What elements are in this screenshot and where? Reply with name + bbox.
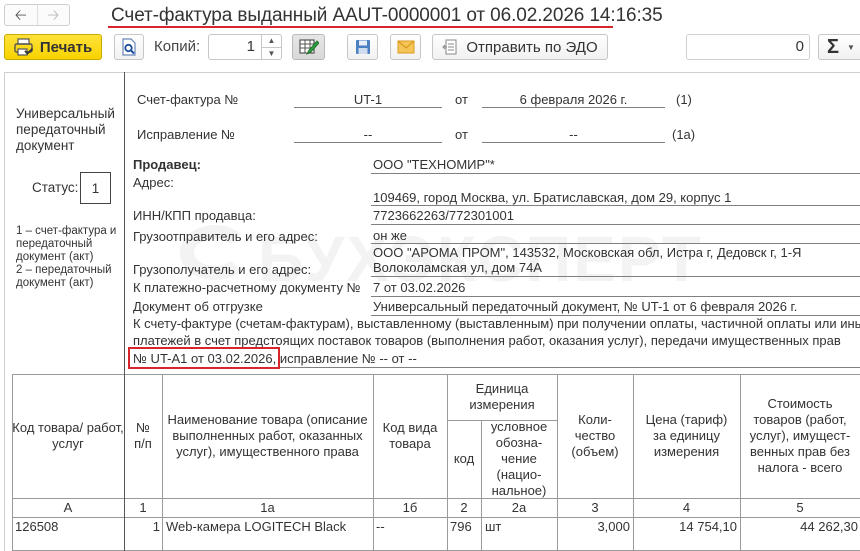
status-legend-2: 2 – передаточный документ (акт) xyxy=(16,264,124,290)
payment-doc-label: К платежно-расчетному документу № xyxy=(133,280,361,295)
cell-cost: 44 262,30 xyxy=(740,519,858,534)
window-title: Счет-фактура выданный AAUT-0000001 от 06… xyxy=(111,5,663,27)
copies-label: Копий: xyxy=(154,38,200,56)
invoice-ref: (1) xyxy=(676,92,692,107)
correction-number-label: Исправление № xyxy=(137,127,235,142)
navigation-buttons: 🡠 🡢 xyxy=(4,4,70,26)
forward-button[interactable]: 🡢 xyxy=(38,5,70,25)
col-header-price: Цена (тариф) за единицу измерения xyxy=(633,374,740,498)
correction-number: -- xyxy=(294,127,442,142)
payment-doc-value: 7 от 03.02.2026 xyxy=(373,280,465,295)
cell-kind-code: -- xyxy=(376,519,385,534)
send-edo-button[interactable]: Отправить по ЭДО xyxy=(432,34,608,60)
chevron-down-icon: ▼ xyxy=(847,43,855,52)
col-num-1a: 1а xyxy=(162,498,373,517)
col-header-unit-code: код xyxy=(447,420,481,498)
invoice-number-label: Счет-фактура № xyxy=(137,92,238,107)
correction-from-label: от xyxy=(455,127,468,142)
col-num-2a: 2а xyxy=(481,498,557,517)
col-num-4: 4 xyxy=(633,498,740,517)
cell-price: 14 754,10 xyxy=(633,519,737,534)
col-num-1b: 1б xyxy=(373,498,447,517)
shipper-label: Грузоотправитель и его адрес: xyxy=(133,229,318,244)
consignee-label: Грузополучатель и его адрес: xyxy=(133,262,311,277)
advance-text-line1: К счету-фактуре (счетам-фактурам), выста… xyxy=(133,316,860,331)
arrow-left-icon: 🡠 xyxy=(15,8,27,23)
document-search-icon xyxy=(121,38,137,56)
status-legend: 1 – счет-фактура и передаточный документ… xyxy=(16,225,124,290)
send-email-button[interactable] xyxy=(390,34,421,60)
title-highlight-underline xyxy=(108,26,613,28)
correction-ref: (1а) xyxy=(672,127,695,142)
edit-document-button[interactable] xyxy=(292,34,325,60)
col-num-3: 3 xyxy=(557,498,633,517)
invoice-date: 6 февраля 2026 г. xyxy=(482,92,665,107)
col-header-kind-code: Код вида товара xyxy=(373,374,447,498)
col-header-name: Наименование товара (описание выполненны… xyxy=(162,374,373,498)
col-header-qty: Коли- чество (объем) xyxy=(557,374,633,498)
back-button[interactable]: 🡠 xyxy=(5,5,38,25)
invoice-from-label: от xyxy=(455,92,468,107)
cell-qty: 3,000 xyxy=(557,519,630,534)
copies-input[interactable]: 1 xyxy=(209,35,261,59)
cell-name: Web-камера LOGITECH Black xyxy=(166,519,346,534)
seller-label: Продавец: xyxy=(133,157,201,172)
status-label: Статус: xyxy=(32,180,78,196)
edo-document-icon xyxy=(442,39,458,55)
invoice-number: UT-1 xyxy=(294,92,442,107)
col-header-unit-group: Единица измерения xyxy=(447,374,557,420)
preview-button[interactable] xyxy=(114,34,144,60)
sigma-icon: Σ xyxy=(827,36,839,59)
shipment-doc-label: Документ об отгрузке xyxy=(133,299,263,314)
selected-sum-field[interactable]: 0 xyxy=(686,34,810,60)
advance-correction: исправление № -- от -- xyxy=(276,351,417,366)
shipment-doc-value: Универсальный передаточный документ, № U… xyxy=(373,299,797,314)
col-header-cost: Стоимость товаров (работ, услуг), имущес… xyxy=(740,374,860,498)
table-edit-icon xyxy=(299,38,319,56)
cell-unit-name: шт xyxy=(485,519,501,534)
col-num-2: 2 xyxy=(447,498,481,517)
col-num-a: А xyxy=(12,498,124,517)
correction-date: -- xyxy=(482,127,665,142)
col-header-unit-name: условное обозна- чение (нацио- нальное) xyxy=(481,420,557,498)
increment-button[interactable]: ▲ xyxy=(262,35,281,48)
address-label: Адрес: xyxy=(133,175,174,190)
save-button[interactable] xyxy=(347,34,378,60)
inn-kpp-value: 7723662263/772301001 xyxy=(373,208,514,223)
copies-stepper[interactable]: 1 ▲ ▼ xyxy=(208,34,282,60)
decrement-button[interactable]: ▼ xyxy=(262,48,281,60)
floppy-disk-icon xyxy=(355,39,371,55)
seller-name: ООО "ТЕХНОМИР"* xyxy=(373,157,495,172)
col-num-5: 5 xyxy=(740,498,860,517)
send-edo-label: Отправить по ЭДО xyxy=(466,39,597,56)
shipper-value: он же xyxy=(373,228,407,243)
envelope-icon xyxy=(397,40,415,54)
cell-unit-code: 796 xyxy=(450,519,472,534)
print-button-label: Печать xyxy=(40,39,92,56)
cell-code: 126508 xyxy=(15,519,58,534)
seller-address: 109469, город Москва, ул. Братиславская,… xyxy=(373,190,731,205)
document-type-label: Универсальный передаточный документ xyxy=(16,106,124,154)
col-num-1: 1 xyxy=(124,498,162,517)
inn-kpp-label: ИНН/КПП продавца: xyxy=(133,208,256,223)
consignee-value-line2: Волоколамская ул, дом 74А xyxy=(373,260,542,275)
col-header-num: № п/п xyxy=(124,374,162,498)
col-header-code: Код товара/ работ, услуг xyxy=(12,374,124,498)
print-button[interactable]: Печать xyxy=(4,34,102,60)
highlight-box xyxy=(128,347,280,369)
status-legend-1: 1 – счет-фактура и передаточный документ… xyxy=(16,225,124,264)
arrow-right-icon: 🡢 xyxy=(47,8,59,23)
advance-text-line2: платежей в счет предстоящих поставок тов… xyxy=(133,333,841,348)
cell-num: 1 xyxy=(124,519,160,534)
printer-icon xyxy=(14,38,34,56)
sum-mode-dropdown[interactable]: Σ ▼ xyxy=(818,34,860,60)
consignee-value-line1: ООО "АРОМА ПРОМ", 143532, Московская обл… xyxy=(373,245,801,260)
status-box: 1 xyxy=(80,172,111,204)
